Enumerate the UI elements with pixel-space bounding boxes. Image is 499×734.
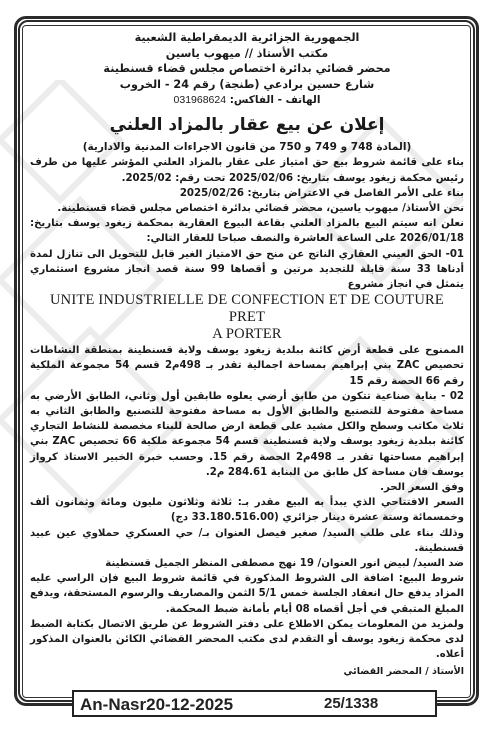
- notice-content: الجمهورية الجزائرية الديمقراطية الشعبية …: [30, 30, 464, 680]
- footer-edition: An-Nasr20-12-2025: [80, 694, 233, 716]
- basis-paragraph-1: بناء على قائمة شروط بيع حق امتياز على عق…: [30, 155, 464, 185]
- notice-title: إعلان عن بيع عقار بالمزاد العلني: [30, 112, 464, 138]
- header-phone: الهاتف - الفاكس: 031968624: [30, 92, 464, 108]
- header-office: مكتب الأستاذ // ميهوب ياسين: [30, 46, 464, 62]
- project-name-line-2: A PORTER: [30, 326, 464, 343]
- footer-reference: 25/1338: [324, 694, 378, 713]
- sale-conditions-paragraph: شروط البيع: اضافة الى الشروط المذكورة في…: [30, 571, 464, 617]
- basis-paragraph-2: بناء على الأمر الفاصل في الاعتراض بتاريخ…: [30, 186, 464, 201]
- item-01-continuation: الممنوح على قطعة أرض كائنة ببلدية زيغود …: [30, 343, 464, 389]
- project-name-line-1: UNITE INDUSTRIELLE DE CONFECTION ET DE C…: [30, 292, 464, 326]
- publication-footer: An-Nasr20-12-2025 25/1338: [72, 690, 437, 717]
- header-address: شارع حسين برادعي (طنجة) رقم 24 - الخروب: [30, 77, 464, 93]
- requester-paragraph: وذلك بناء على طلب السيد/ صغير فيصل العنو…: [30, 526, 464, 556]
- against-paragraph: ضد السيد/ لبيض انور العنوان/ 19 نهج مصطف…: [30, 556, 464, 571]
- header-jurisdiction: محضر قضائي بدائرة اختصاص مجلس قضاء قسنطي…: [30, 61, 464, 77]
- phone-number: 031968624: [174, 94, 227, 106]
- bailiff-paragraph: نحن الأستاذ/ ميهوب ياسين، محضر قضائي بدا…: [30, 201, 464, 216]
- item-02-paragraph: 02 - بناية صناعية تتكون من طابق أرضي يعل…: [30, 389, 464, 480]
- free-price-line: وفق السعر الحر.: [30, 480, 464, 495]
- announcement-paragraph: نعلن انه سيتم البيع بالمزاد العلني بقاعة…: [30, 216, 464, 246]
- phone-label: الهاتف - الفاكس:: [226, 94, 320, 106]
- notice-subtitle: (المادة 748 و 749 و 750 من قانون الاجراء…: [30, 140, 464, 155]
- header-country: الجمهورية الجزائرية الديمقراطية الشعبية: [30, 30, 464, 46]
- signature: الأستاذ / المحضر القضائي: [30, 664, 464, 679]
- item-01-paragraph: 01- الحق العيني العقاري الناتج عن منح حق…: [30, 247, 464, 293]
- more-info-paragraph: ولمزيد من المعلومات يمكن الاطلاع على دفت…: [30, 617, 464, 663]
- opening-price-paragraph: السعر الافتتاحي الذي يبدأ به البيع مقدر …: [30, 495, 464, 525]
